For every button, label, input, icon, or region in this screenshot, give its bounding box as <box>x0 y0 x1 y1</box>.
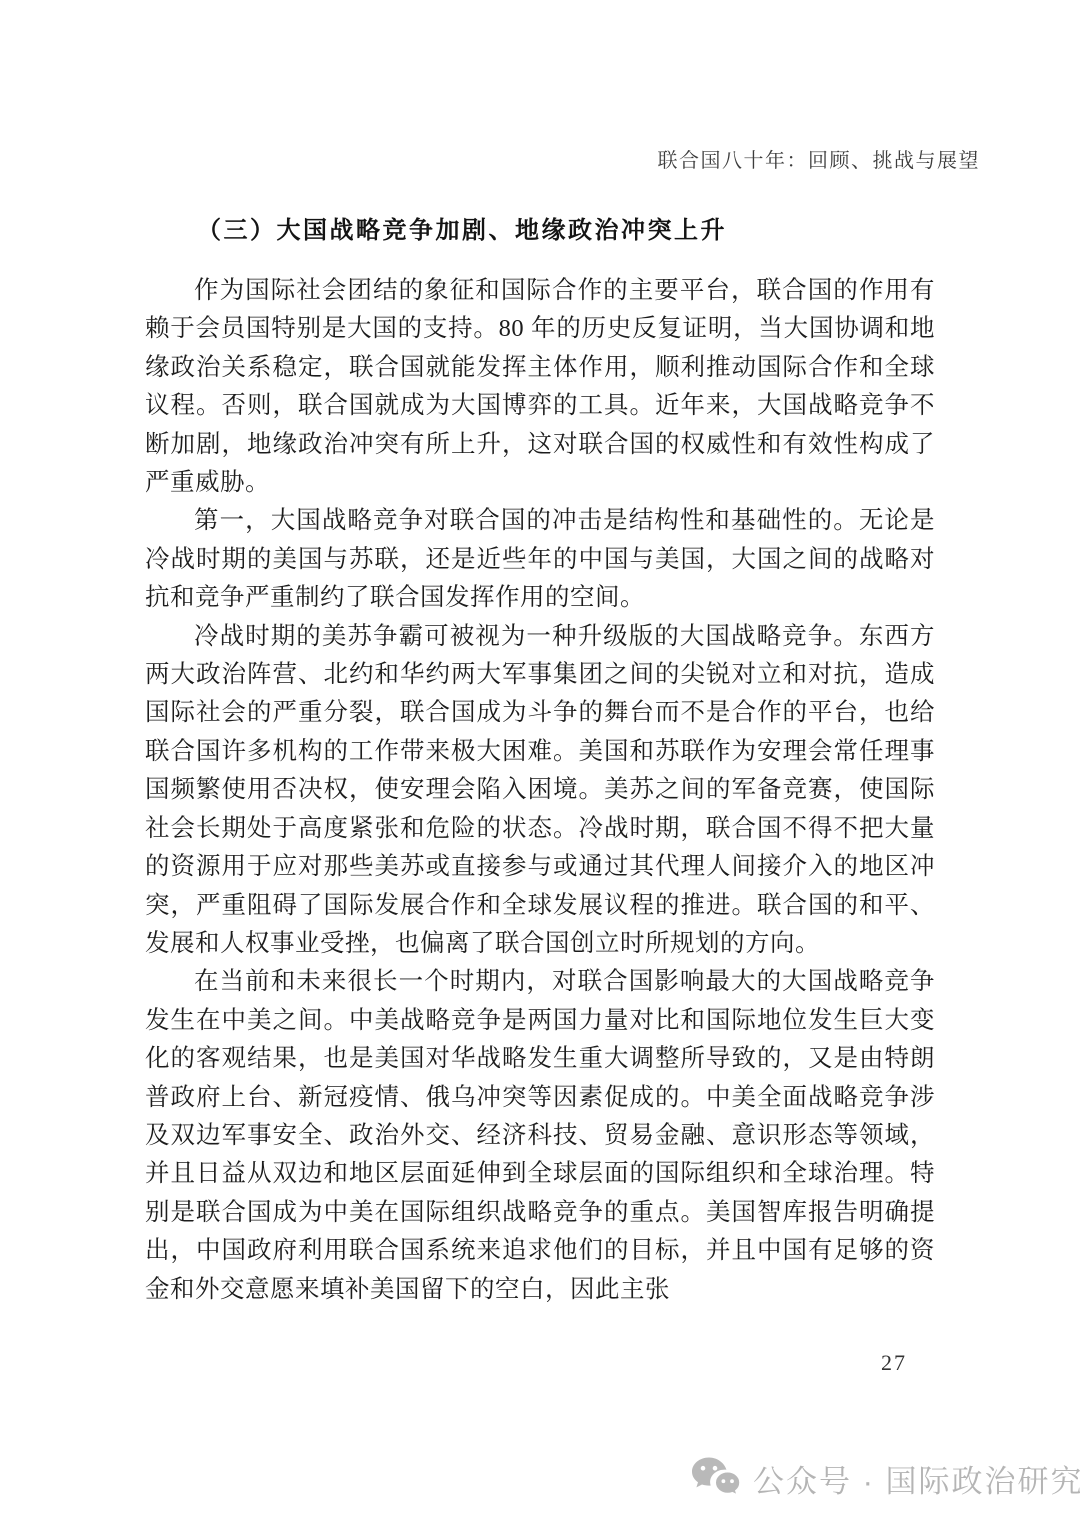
body-text: 作为国际社会团结的象征和国际合作的主要平台，联合国的作用有赖于会员国特别是大国的… <box>145 272 935 1309</box>
paragraph: 在当前和未来很长一个时期内，对联合国影响最大的大国战略竞争发生在中美之间。中美战… <box>145 963 935 1309</box>
paragraph: 冷战时期的美苏争霸可被视为一种升级版的大国战略竞争。东西方两大政治阵营、北约和华… <box>145 618 935 964</box>
watermark: 公众号 · 国际政治研究 <box>690 1455 1080 1501</box>
document-page: 联合国八十年：回顾、挑战与展望 （三）大国战略竞争加剧、地缘政治冲突上升 作为国… <box>0 0 1080 1527</box>
running-header: 联合国八十年：回顾、挑战与展望 <box>658 144 981 173</box>
section-heading: （三）大国战略竞争加剧、地缘政治冲突上升 <box>197 210 727 245</box>
page-number: 27 <box>881 1350 907 1376</box>
watermark-text: 公众号 · 国际政治研究 <box>753 1456 1080 1501</box>
paragraph: 作为国际社会团结的象征和国际合作的主要平台，联合国的作用有赖于会员国特别是大国的… <box>145 272 935 502</box>
wechat-icon <box>690 1455 742 1501</box>
paragraph: 第一，大国战略竞争对联合国的冲击是结构性和基础性的。无论是冷战时期的美国与苏联，… <box>145 502 935 617</box>
